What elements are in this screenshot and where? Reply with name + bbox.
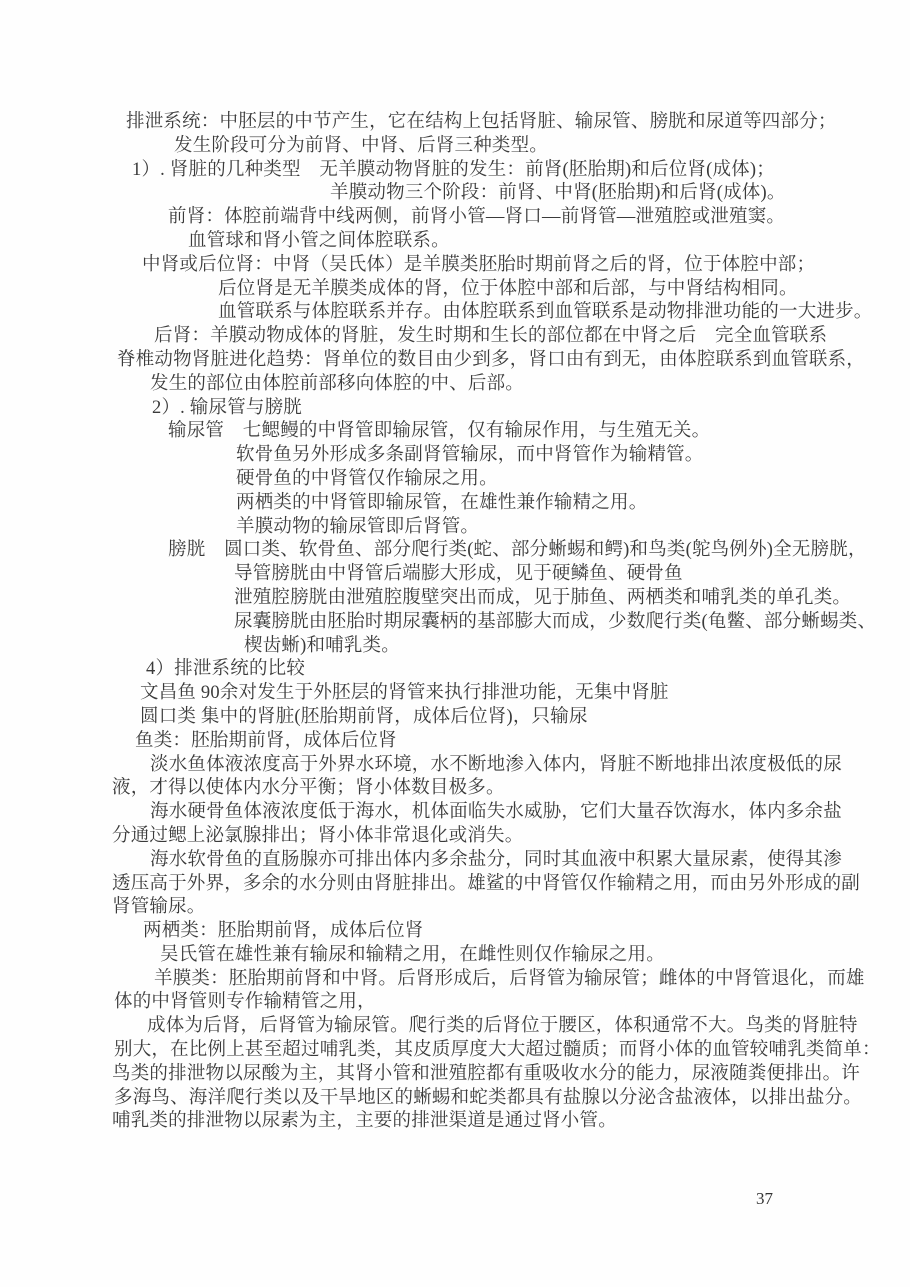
text-line: 透压高于外界，多余的水分则由肾脏排出。雄鲨的中肾管仅作输精之用，而由另外形成的副	[112, 873, 872, 897]
text-line: 别大，在比例上甚至超过哺乳类，其皮质厚度大大超过髓质；而肾小体的血管较哺乳类简单…	[112, 1039, 872, 1063]
text-line: 成体为后肾，后肾管为输尿管。爬行类的后肾位于腰区，体积通常不大。鸟类的肾脏特	[112, 1015, 872, 1039]
text-line: 肾管输尿。	[112, 896, 872, 920]
text-line: 海水硬骨鱼体液浓度低于海水，机体面临失水威胁，它们大量吞饮海水，体内多余盐	[112, 801, 872, 825]
text-line: 血管联系与体腔联系并存。由体腔联系到血管联系是动物排泄功能的一大进步。	[112, 301, 872, 325]
text-line: 多海鸟、海洋爬行类以及干旱地区的蜥蜴和蛇类都具有盐腺以分泌含盐液体，以排出盐分。	[112, 1087, 872, 1111]
text-line: 羊膜类：胚胎期前肾和中肾。后肾形成后，后肾管为输尿管；雌体的中肾管退化，而雄	[112, 968, 872, 992]
document-page: 排泄系统：中胚层的中节产生，它在结构上包括肾脏、输尿管、膀胱和尿道等四部分；发生…	[0, 0, 910, 1287]
text-line: 鱼类：胚胎期前肾，成体后位肾	[112, 730, 872, 754]
text-line: 导管膀胱由中肾管后端膨大形成，见于硬鳞鱼、硬骨鱼	[112, 563, 872, 587]
text-line: 分通过鳃上泌氯腺排出；肾小体非常退化或消失。	[112, 825, 872, 849]
text-line: 两栖类：胚胎期前肾，成体后位肾	[112, 920, 872, 944]
text-line: 发生的部位由体腔前部移向体腔的中、后部。	[112, 373, 872, 397]
text-line: 文昌鱼 90余对发生于外胚层的肾管来执行排泄功能，无集中肾脏	[112, 682, 872, 706]
text-line: 前肾：体腔前端背中线两侧，前肾小管—肾口—前肾管—泄殖腔或泄殖窦。	[112, 206, 872, 230]
text-line: 排泄系统：中胚层的中节产生，它在结构上包括肾脏、输尿管、膀胱和尿道等四部分；	[112, 111, 872, 135]
text-line: 哺乳类的排泄物以尿素为主，主要的排泄渠道是通过肾小管。	[112, 1110, 872, 1134]
text-line: 体的中肾管则专作输精管之用，	[112, 991, 872, 1015]
text-line: 硬骨鱼的中肾管仅作输尿之用。	[112, 468, 872, 492]
text-line: 淡水鱼体液浓度高于外界水环境，水不断地渗入体内，肾脏不断地排出浓度极低的尿	[112, 754, 872, 778]
text-line: 液，才得以使体内水分平衡；肾小体数目极多。	[112, 777, 872, 801]
text-line: 中肾或后位肾：中肾（吴氏体）是羊膜类胚胎时期前肾之后的肾，位于体腔中部；	[112, 254, 872, 278]
text-line: 吴氏管在雄性兼有输尿和输精之用，在雌性则仅作输尿之用。	[112, 944, 872, 968]
text-line: 海水软骨鱼的直肠腺亦可排出体内多余盐分，同时其血液中积累大量尿素，使得其渗	[112, 849, 872, 873]
text-line: 鸟类的排泄物以尿酸为主，其肾小管和泄殖腔都有重吸收水分的能力，尿液随粪便排出。许	[112, 1063, 872, 1087]
text-line: 后位肾是无羊膜类成体的肾，位于体腔中部和后部，与中肾结构相同。	[112, 278, 872, 302]
text-line: 1）. 肾脏的几种类型 无羊膜动物肾脏的发生：前肾(胚胎期)和后位肾(成体)；	[112, 159, 872, 183]
text-line: 4）排泄系统的比较	[112, 658, 872, 682]
text-line: 血管球和肾小管之间体腔联系。	[112, 230, 872, 254]
text-line: 后肾：羊膜动物成体的肾脏，发生时期和生长的部位都在中肾之后 完全血管联系	[112, 325, 872, 349]
text-line: 羊膜动物的输尿管即后肾管。	[112, 516, 872, 540]
text-line: 2）. 输尿管与膀胱	[112, 397, 872, 421]
text-line: 发生阶段可分为前肾、中肾、后肾三种类型。	[112, 135, 872, 159]
text-line: 软骨鱼另外形成多条副肾管输尿，而中肾管作为输精管。	[112, 444, 872, 468]
page-number: 37	[756, 1188, 773, 1210]
text-line: 脊椎动物肾脏进化趋势：肾单位的数目由少到多，肾口由有到无，由体腔联系到血管联系，	[112, 349, 872, 373]
text-line: 楔齿蜥)和哺乳类。	[112, 635, 872, 659]
text-line: 膀胱 圆口类、软骨鱼、部分爬行类(蛇、部分蜥蜴和鳄)和鸟类(鸵鸟例外)全无膀胱，	[112, 539, 872, 563]
text-line: 输尿管 七鳃鳗的中肾管即输尿管，仅有输尿作用，与生殖无关。	[112, 420, 872, 444]
document-text-block: 排泄系统：中胚层的中节产生，它在结构上包括肾脏、输尿管、膀胱和尿道等四部分；发生…	[112, 111, 872, 1134]
text-line: 两栖类的中肾管即输尿管，在雄性兼作输精之用。	[112, 492, 872, 516]
text-line: 圆口类 集中的肾脏(胚胎期前肾，成体后位肾)，只输尿	[112, 706, 872, 730]
text-line: 羊膜动物三个阶段：前肾、中肾(胚胎期)和后肾(成体)。	[112, 182, 872, 206]
text-line: 尿囊膀胱由胚胎时期尿囊柄的基部膨大而成，少数爬行类(龟鳖、部分蜥蜴类、	[112, 611, 872, 635]
text-line: 泄殖腔膀胱由泄殖腔腹壁突出而成，见于肺鱼、两栖类和哺乳类的单孔类。	[112, 587, 872, 611]
